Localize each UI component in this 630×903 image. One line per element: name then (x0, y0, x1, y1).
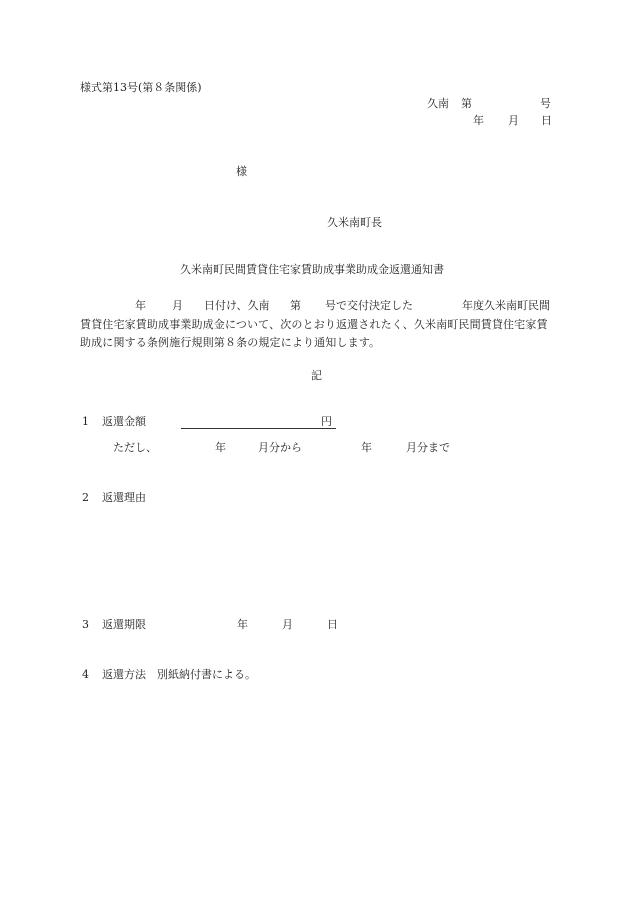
body-dai: 第 (290, 299, 301, 313)
item-number: 1 (82, 415, 89, 429)
item-number: 2 (82, 491, 89, 505)
deadline-month: 月 (282, 618, 293, 632)
form-number: 様式第13号(第８条関係) (80, 81, 202, 95)
body-day-tsuke: 日付け、久南 (204, 299, 270, 313)
issue-date-year: 年 (473, 114, 484, 128)
deadline-day: 日 (327, 618, 338, 632)
return-method-value: 別紙納付書による。 (157, 668, 256, 682)
proviso-to: 月分まで (406, 441, 450, 455)
item-number: 3 (82, 618, 89, 632)
body-line-3: 助成に関する条例施行規則第８条の規定により通知します。 (80, 336, 380, 350)
proviso-lead: ただし、 (113, 441, 157, 455)
item-number: 4 (82, 668, 89, 682)
body-fiscal: 年度久米南町民間 (462, 299, 550, 313)
ki-heading: 記 (311, 369, 322, 383)
body-month: 月 (172, 299, 183, 313)
proviso-year-to: 年 (361, 441, 372, 455)
deadline-year: 年 (237, 618, 248, 632)
item-label: 返還金額 (102, 415, 146, 429)
item-label: 返還理由 (102, 491, 146, 505)
amount-unit: 円 (321, 415, 332, 429)
body-line-2: 賃貸住宅家賃助成事業助成金について、次のとおり返還されたく、久米南町民間賃貸住宅… (80, 318, 548, 332)
reference-go: 号 (540, 97, 551, 111)
addressee-suffix: 様 (236, 165, 247, 179)
issue-date-month: 月 (508, 114, 519, 128)
amount-underline (181, 428, 336, 429)
body-go-text: 号で交付決定した (325, 299, 413, 313)
proviso-from: 月分から (258, 441, 302, 455)
item-label: 返還方法 (102, 668, 146, 682)
proviso-year-from: 年 (215, 441, 226, 455)
document-title: 久米南町民間賃貸住宅家賃助成事業助成金返還通知書 (180, 263, 444, 277)
reference-prefix: 久南 (427, 97, 449, 111)
issue-date-day: 日 (541, 114, 552, 128)
item-label: 返還期限 (102, 618, 146, 632)
reference-dai: 第 (461, 97, 472, 111)
body-year: 年 (135, 299, 146, 313)
issuer-name: 久米南町長 (327, 216, 382, 230)
